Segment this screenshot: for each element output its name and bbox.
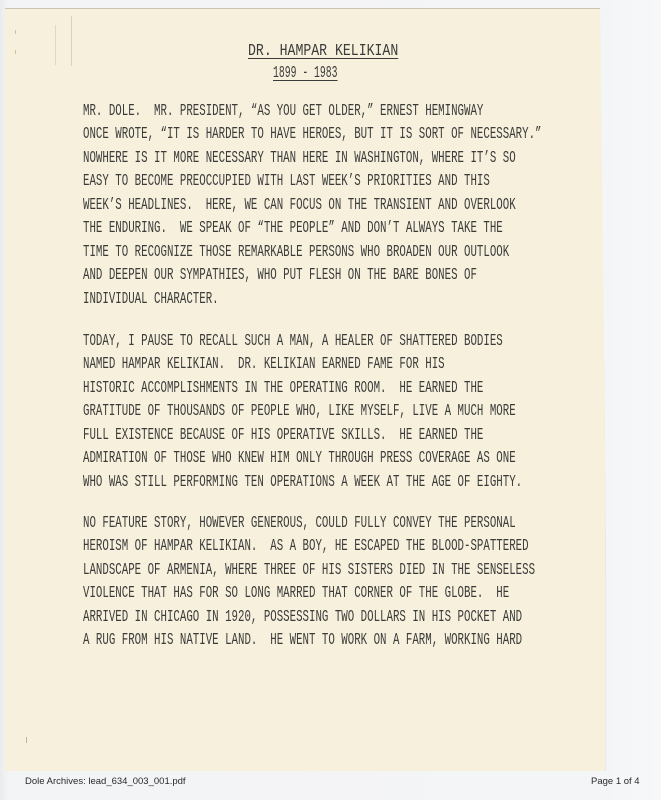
text-line: AND DEEPEN OUR SYMPATHIES, WHO PUT FLESH… <box>83 267 477 284</box>
page-top-edge <box>5 8 600 9</box>
text-line: A RUG FROM HIS NATIVE LAND. HE WENT TO W… <box>83 632 522 649</box>
margin-mark <box>55 25 56 65</box>
text-line: HISTORIC ACCOMPLISHMENTS IN THE OPERATIN… <box>83 380 483 397</box>
text-line: TODAY, I PAUSE TO RECALL SUCH A MAN, A H… <box>83 333 503 350</box>
text-line: WEEK’S HEADLINES. HERE, WE CAN FOCUS ON … <box>83 197 516 214</box>
text-line: TIME TO RECOGNIZE THOSE REMARKABLE PERSO… <box>83 244 509 261</box>
text-line: GRATITUDE OF THOUSANDS OF PEOPLE WHO, LI… <box>83 403 516 420</box>
text-line: LANDSCAPE OF ARMENIA, WHERE THREE OF HIS… <box>83 562 535 579</box>
margin-mark <box>71 16 72 66</box>
text-line: WHO WAS STILL PERFORMING TEN OPERATIONS … <box>83 474 522 491</box>
text-line: NAMED HAMPAR KELIKIAN. DR. KELIKIAN EARN… <box>83 356 445 373</box>
text-line: THE ENDURING. WE SPEAK OF “THE PEOPLE” A… <box>83 220 503 237</box>
text-line: FULL EXISTENCE BECAUSE OF HIS OPERATIVE … <box>83 427 483 444</box>
text-line: ONCE WROTE, “IT IS HARDER TO HAVE HEROES… <box>83 126 541 143</box>
text-line: ARRIVED IN CHICAGO IN 1920, POSSESSING T… <box>83 609 522 626</box>
text-line: ADMIRATION OF THOSE WHO KNEW HIM ONLY TH… <box>83 450 516 467</box>
text-line: EASY TO BECOME PREOCCUPIED WITH LAST WEE… <box>83 173 490 190</box>
text-line: NOWHERE IS IT MORE NECESSARY THAN HERE I… <box>83 150 516 167</box>
document-dates: 1899 - 1983 <box>273 65 338 82</box>
margin-mark <box>15 50 16 54</box>
margin-mark <box>26 737 27 743</box>
footer-source-filename: Dole Archives: lead_634_003_001.pdf <box>25 776 186 787</box>
text-line: VIOLENCE THAT HAS FOR SO LONG MARRED THA… <box>83 585 509 602</box>
text-line: NO FEATURE STORY, HOWEVER GENEROUS, COUL… <box>83 515 516 532</box>
document-title: DR. HAMPAR KELIKIAN <box>248 43 398 60</box>
text-line: HEROISM OF HAMPAR KELIKIAN. AS A BOY, HE… <box>83 538 529 555</box>
margin-mark <box>15 30 16 34</box>
footer-page-indicator: Page 1 of 4 <box>591 776 640 787</box>
text-line: MR. DOLE. MR. PRESIDENT, “AS YOU GET OLD… <box>83 103 483 120</box>
text-line: INDIVIDUAL CHARACTER. <box>83 291 219 308</box>
